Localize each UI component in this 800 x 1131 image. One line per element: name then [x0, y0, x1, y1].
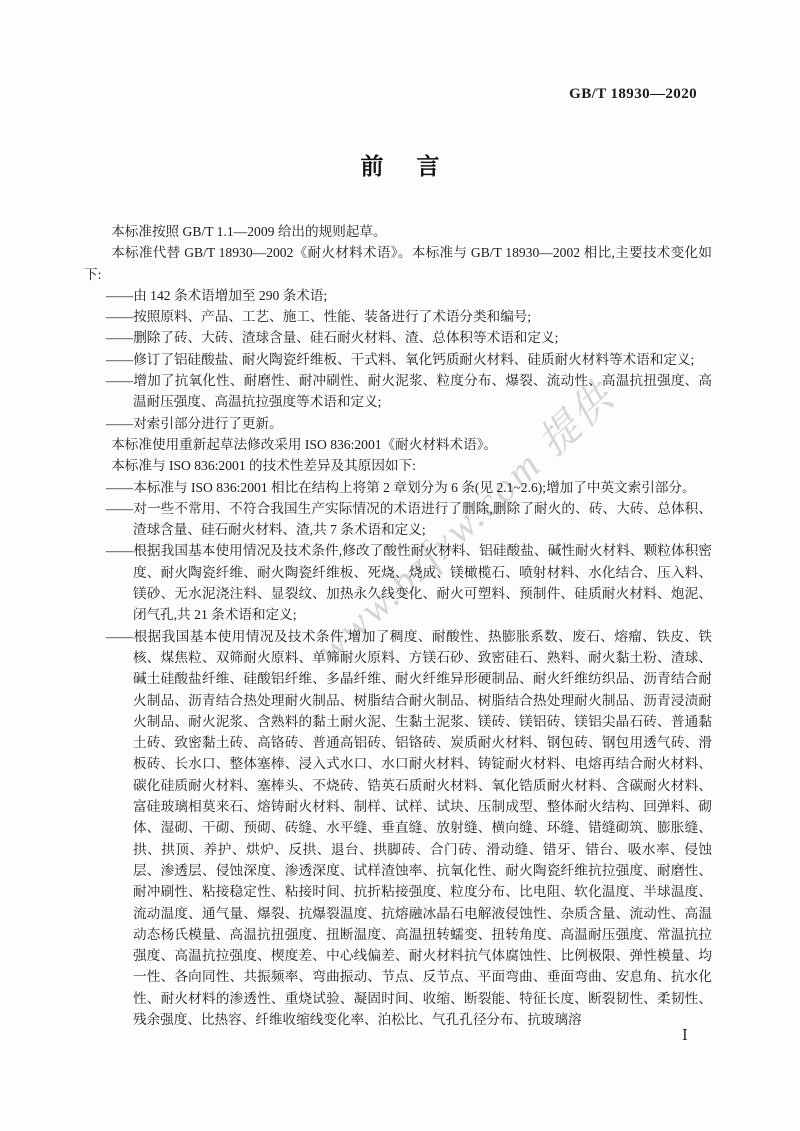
- dash-item: ——增加了抗氧化性、耐磨性、耐冲刷性、耐火泥浆、粒度分布、爆裂、流动性、高温抗扭…: [84, 370, 712, 413]
- dash-item: ——由 142 条术语增加至 290 条术语;: [84, 285, 712, 306]
- dash-item: ——修订了铝硅酸盐、耐火陶瓷纤维板、干式料、氧化钙质耐火材料、硅质耐火材料等术语…: [84, 349, 712, 370]
- foreword-title: 前言: [361, 153, 473, 179]
- dash-item: ——按照原料、产品、工艺、施工、性能、装备进行了术语分类和编号;: [84, 306, 712, 327]
- foreword-title-wrap: 前言: [0, 148, 800, 181]
- page-number: Ⅰ: [682, 1028, 688, 1045]
- paragraph: 本标准与 ISO 836:2001 的技术性差异及其原因如下:: [84, 455, 712, 476]
- dash-item: ——对索引部分进行了更新。: [84, 413, 712, 434]
- paragraph: 本标准代替 GB/T 18930—2002《耐火材料术语》。本标准与 GB/T …: [84, 242, 712, 285]
- document-page: www.bzfxw.com 提供 GB/T 18930—2020 前言 本标准按…: [0, 0, 800, 1131]
- paragraph: 本标准使用重新起草法修改采用 ISO 836:2001《耐火材料术语》。: [84, 434, 712, 455]
- paragraph: 本标准按照 GB/T 1.1—2009 给出的规则起草。: [84, 221, 712, 242]
- dash-item: ——根据我国基本使用情况及技术条件,修改了酸性耐火材料、铝硅酸盐、碱性耐火材料、…: [84, 540, 712, 625]
- dash-item: ——删除了砖、大砖、渣球含量、硅石耐火材料、渣、总体积等术语和定义;: [84, 327, 712, 348]
- document-body: 本标准按照 GB/T 1.1—2009 给出的规则起草。本标准代替 GB/T 1…: [84, 221, 712, 1030]
- standard-number: GB/T 18930—2020: [569, 86, 697, 103]
- dash-item: ——对一些不常用、不符合我国生产实际情况的术语进行了删除,删除了耐火的、砖、大砖…: [84, 498, 712, 541]
- dash-item: ——根据我国基本使用情况及技术条件,增加了稠度、耐酸性、热膨胀系数、废石、熔瘤、…: [84, 626, 712, 1031]
- dash-item: ——本标准与 ISO 836:2001 相比在结构上将第 2 章划分为 6 条(…: [84, 477, 712, 498]
